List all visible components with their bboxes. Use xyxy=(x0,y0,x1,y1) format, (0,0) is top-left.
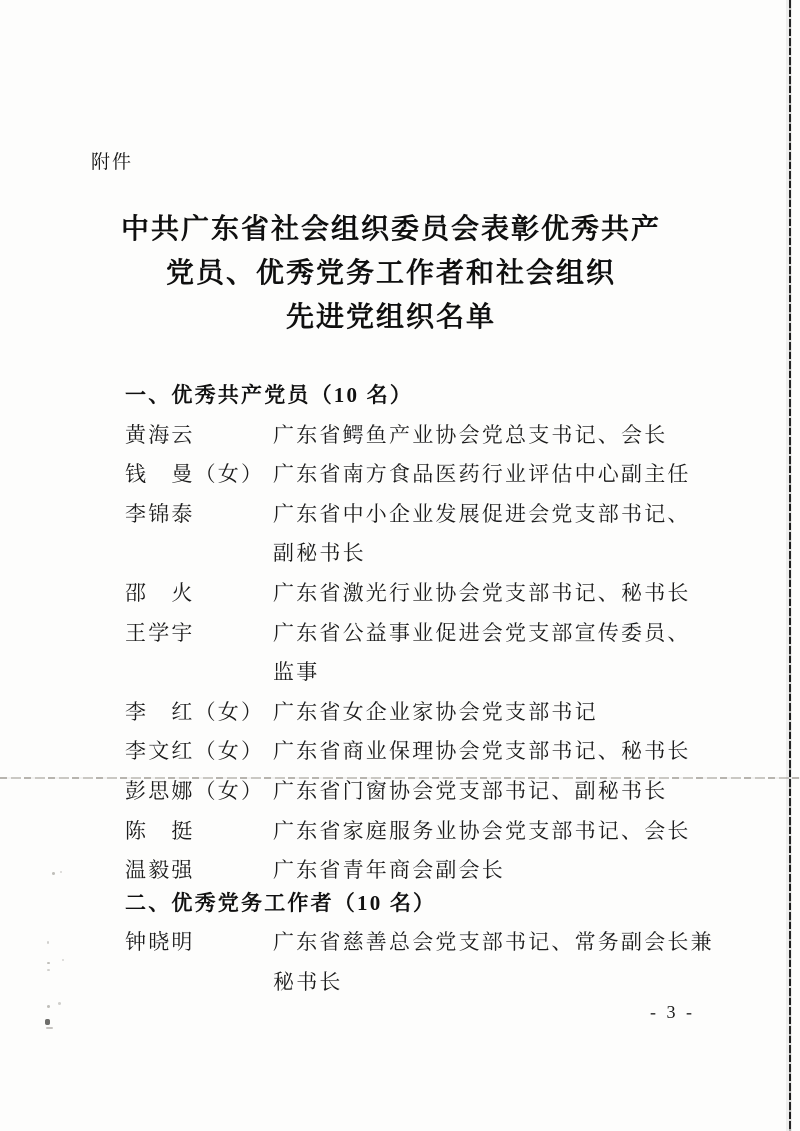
scan-speck xyxy=(52,872,55,875)
recipient-name: 李锦泰 xyxy=(125,495,273,535)
document-title: 中共广东省社会组织委员会表彰优秀共产 党员、优秀党务工作者和社会组织 先进党组织… xyxy=(0,208,782,340)
section-outstanding-party-affairs-workers: 二、优秀党务工作者（10 名） 钟晓明 广东省慈善总会党支部书记、常务副会长兼 … xyxy=(125,884,685,1003)
position-line: 广东省南方食品医药行业评估中心副主任 xyxy=(273,455,691,495)
scan-speck xyxy=(47,969,50,971)
document-title-line-1: 中共广东省社会组织委员会表彰优秀共产 xyxy=(0,208,782,252)
document-title-line-3: 先进党组织名单 xyxy=(0,296,782,340)
page-number: - 3 - xyxy=(650,1002,695,1023)
recipient-position: 广东省激光行业协会党支部书记、秘书长 xyxy=(273,574,691,614)
position-line: 广东省激光行业协会党支部书记、秘书长 xyxy=(273,574,691,614)
recipient-name: 钱 曼（女） xyxy=(125,455,273,495)
position-line: 监事 xyxy=(273,653,691,693)
scan-speck xyxy=(46,1027,53,1029)
scanner-edge-line xyxy=(789,0,791,1131)
award-entry: 李 红（女） 广东省女企业家协会党支部书记 xyxy=(125,693,685,733)
recipient-position: 广东省慈善总会党支部书记、常务副会长兼 秘书长 xyxy=(273,923,714,1002)
award-entry: 钟晓明 广东省慈善总会党支部书记、常务副会长兼 秘书长 xyxy=(125,923,685,1002)
award-entry: 李锦泰 广东省中小企业发展促进会党支部书记、 副秘书长 xyxy=(125,495,685,574)
award-entry: 陈 挺 广东省家庭服务业协会党支部书记、会长 xyxy=(125,812,685,852)
section-heading-outstanding-party-members: 一、优秀共产党员（10 名） xyxy=(125,376,685,416)
position-line: 副秘书长 xyxy=(273,534,691,574)
position-line: 广东省慈善总会党支部书记、常务副会长兼 xyxy=(273,923,714,963)
position-line: 广东省女企业家协会党支部书记 xyxy=(273,693,685,733)
scan-speck xyxy=(45,1019,50,1025)
recipient-name: 李文红（女） xyxy=(125,732,273,772)
position-line: 广东省中小企业发展促进会党支部书记、 xyxy=(273,495,691,535)
scanned-document-page: 附件 中共广东省社会组织委员会表彰优秀共产 党员、优秀党务工作者和社会组织 先进… xyxy=(0,0,800,1131)
award-entry: 李文红（女） 广东省商业保理协会党支部书记、秘书长 xyxy=(125,732,685,772)
recipient-name: 黄海云 xyxy=(125,416,273,456)
scan-fold-line xyxy=(0,777,800,779)
recipient-position: 广东省家庭服务业协会党支部书记、会长 xyxy=(273,812,691,852)
document-title-line-2: 党员、优秀党务工作者和社会组织 xyxy=(0,252,782,296)
position-line: 秘书长 xyxy=(273,963,714,1003)
recipient-name: 王学宇 xyxy=(125,614,273,654)
recipient-name: 邵 火 xyxy=(125,574,273,614)
recipient-position: 广东省鳄鱼产业协会党总支书记、会长 xyxy=(273,416,685,456)
award-list: 一、优秀共产党员（10 名） 黄海云 广东省鳄鱼产业协会党总支书记、会长 钱 曼… xyxy=(125,376,685,1003)
recipient-position: 广东省女企业家协会党支部书记 xyxy=(273,693,685,733)
scan-speck xyxy=(60,871,62,873)
recipient-name: 李 红（女） xyxy=(125,693,273,733)
scan-speck xyxy=(47,941,49,944)
position-line: 广东省鳄鱼产业协会党总支书记、会长 xyxy=(273,416,685,456)
recipient-name: 钟晓明 xyxy=(125,923,273,963)
scan-speck xyxy=(58,1002,61,1005)
scan-speck xyxy=(47,1005,50,1008)
award-entry: 钱 曼（女） 广东省南方食品医药行业评估中心副主任 xyxy=(125,455,685,495)
scan-speck xyxy=(47,962,50,964)
recipient-position: 广东省公益事业促进会党支部宣传委员、 监事 xyxy=(273,614,691,693)
position-line: 广东省公益事业促进会党支部宣传委员、 xyxy=(273,614,691,654)
recipient-position: 广东省中小企业发展促进会党支部书记、 副秘书长 xyxy=(273,495,691,574)
position-line: 广东省家庭服务业协会党支部书记、会长 xyxy=(273,812,691,852)
award-entry: 黄海云 广东省鳄鱼产业协会党总支书记、会长 xyxy=(125,416,685,456)
recipient-name: 陈 挺 xyxy=(125,812,273,852)
attachment-label: 附件 xyxy=(91,147,133,174)
award-entry: 王学宇 广东省公益事业促进会党支部宣传委员、 监事 xyxy=(125,614,685,693)
scan-speck xyxy=(62,959,64,961)
recipient-position: 广东省商业保理协会党支部书记、秘书长 xyxy=(273,732,691,772)
recipient-position: 广东省南方食品医药行业评估中心副主任 xyxy=(273,455,691,495)
award-entry: 邵 火 广东省激光行业协会党支部书记、秘书长 xyxy=(125,574,685,614)
position-line: 广东省商业保理协会党支部书记、秘书长 xyxy=(273,732,691,772)
